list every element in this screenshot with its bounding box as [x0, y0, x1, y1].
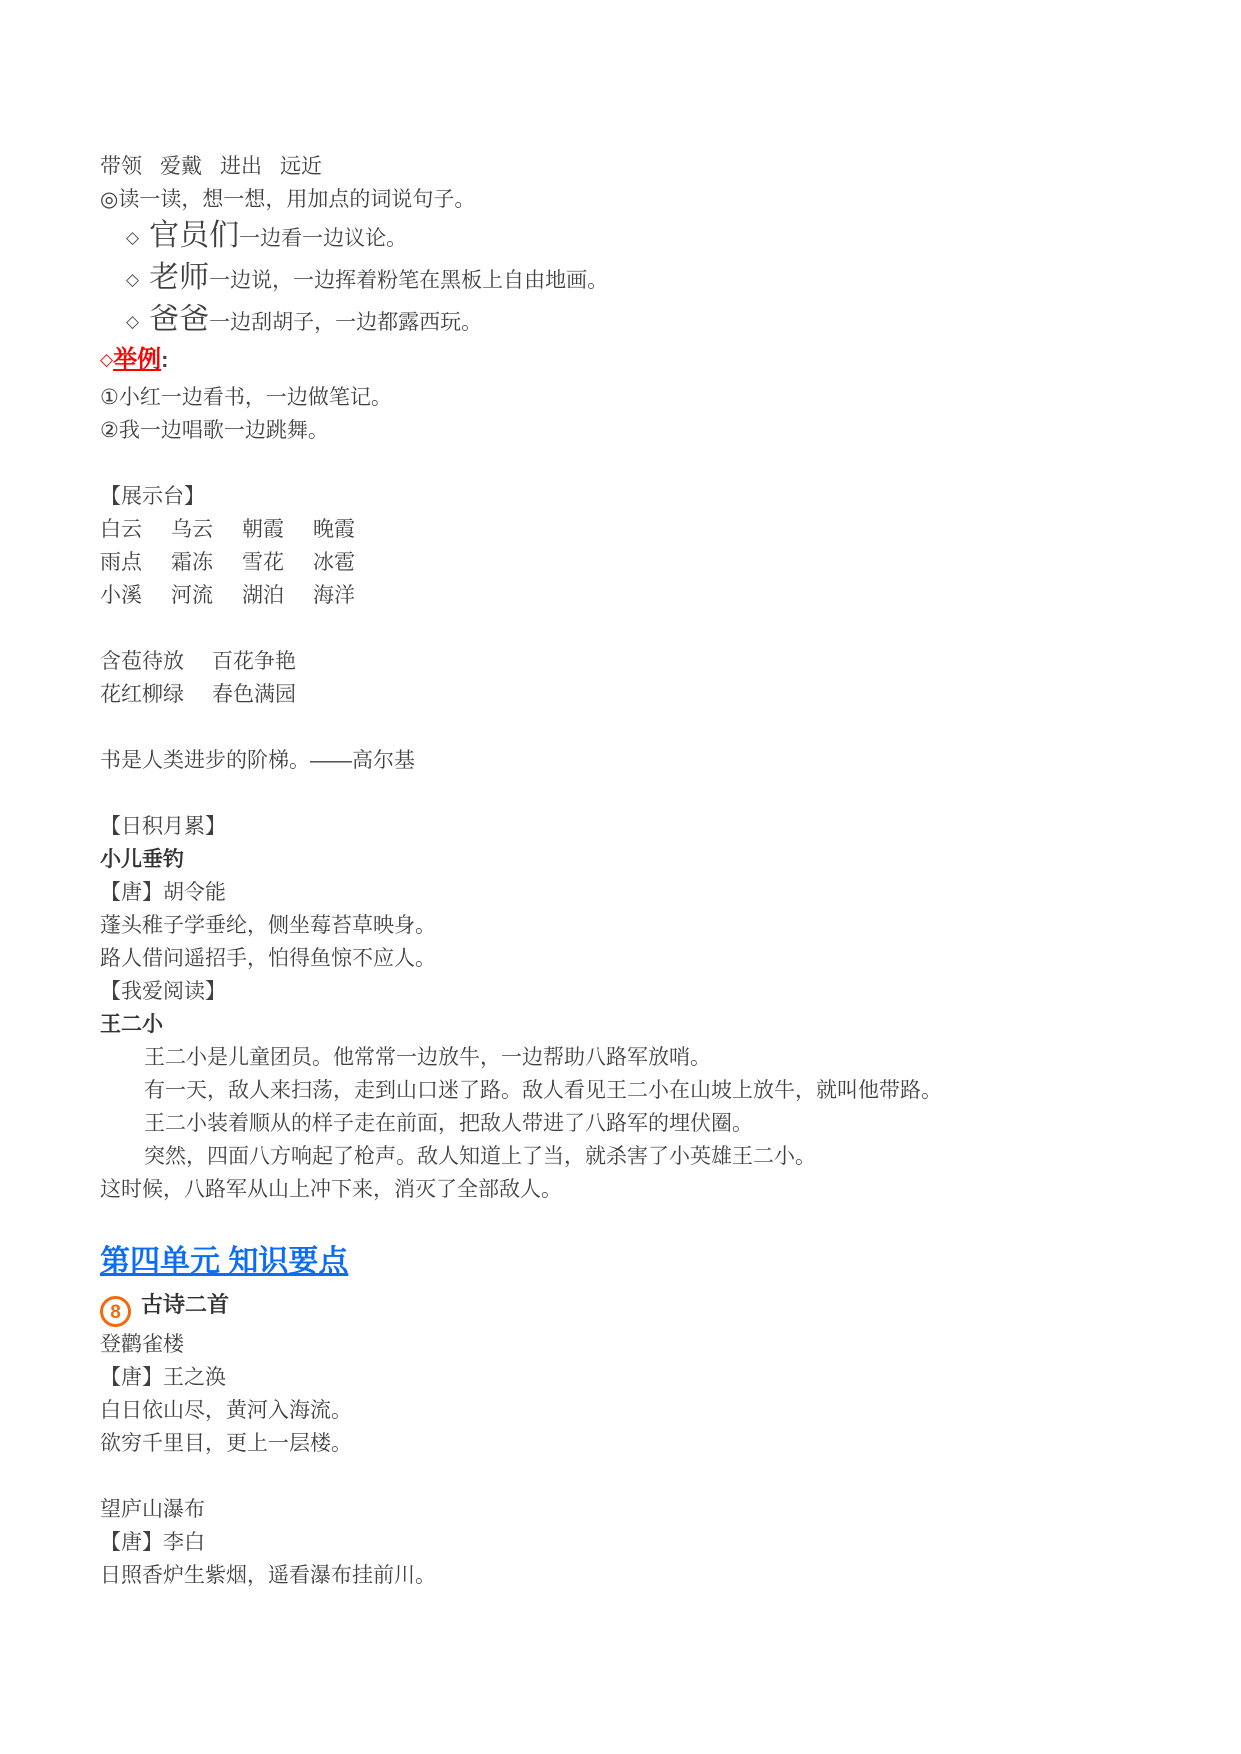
poem-title: 登鹳雀楼	[100, 1328, 1153, 1361]
story-paragraph: 王二小装着顺从的样子走在前面，把敌人带进了八路军的埋伏圈。	[100, 1107, 1153, 1140]
diamond-bullet-icon: ◇	[126, 312, 139, 331]
grid-word: 海洋	[313, 579, 384, 612]
diamond-red-icon: ◇	[100, 350, 113, 369]
idiom: 春色满园	[212, 683, 296, 706]
idiom: 百花争艳	[212, 650, 296, 673]
lesson-heading: 8古诗二首	[100, 1285, 1153, 1328]
poem-title: 小儿垂钓	[100, 843, 1153, 876]
grid-word: 雪花	[242, 546, 313, 579]
word-item: 爱戴	[160, 155, 202, 178]
story-paragraph: 这时候，八路军从山上冲下来，消灭了全部敌人。	[100, 1173, 1153, 1206]
poem-line: 欲穷千里目，更上一层楼。	[100, 1427, 1153, 1460]
idiom: 花红柳绿	[100, 683, 184, 706]
grid-word: 乌云	[171, 513, 242, 546]
grid-word: 朝霞	[242, 513, 313, 546]
poem-line: 蓬头稚子学垂纶，侧坐莓苔草映身。	[100, 909, 1153, 942]
diamond-bullet-icon: ◇	[126, 270, 139, 289]
reading-title: 【我爱阅读】	[100, 975, 1153, 1008]
grid-word: 河流	[171, 579, 242, 612]
phrase-row: 花红柳绿春色满园	[100, 678, 1153, 711]
famous-quote: 书是人类进步的阶梯。——高尔基	[100, 744, 1153, 777]
spacer	[100, 711, 1153, 744]
lesson-title: 古诗二首	[141, 1292, 229, 1317]
circled-number-icon: 8	[100, 1296, 131, 1327]
grid-word: 霜冻	[171, 546, 242, 579]
story-paragraph: 有一天，敌人来扫荡，走到山口迷了路。敌人看见王二小在山坡上放牛，就叫他带路。	[100, 1074, 1153, 1107]
word-grid-row: 雨点霜冻雪花冰雹	[100, 546, 1153, 579]
phrase-row: 含苞待放百花争艳	[100, 645, 1153, 678]
bullet-sentence: ◇老师一边说，一边挥着粉笔在黑板上自由地画。	[100, 258, 1153, 300]
spacer	[100, 1206, 1153, 1239]
spacer	[100, 1460, 1153, 1493]
poem-author: 【唐】李白	[100, 1526, 1153, 1559]
example-label: 举例	[113, 346, 161, 373]
instruction-line: ◎读一读，想一想，用加点的词说句子。	[100, 183, 1153, 216]
grid-word: 晚霞	[313, 513, 384, 546]
example-colon: :	[161, 347, 168, 372]
grid-word: 冰雹	[313, 546, 384, 579]
story-title: 王二小	[100, 1008, 1153, 1041]
example-heading: ◇举例:	[100, 342, 1153, 381]
display-stand-title: 【展示台】	[100, 480, 1153, 513]
document-page: 带领爱戴进出远近 ◎读一读，想一想，用加点的词说句子。 ◇官员们一边看一边议论。…	[0, 0, 1241, 1754]
poem-author: 【唐】胡令能	[100, 876, 1153, 909]
poem-author: 【唐】王之涣	[100, 1361, 1153, 1394]
poem-line: 白日依山尽，黄河入海流。	[100, 1394, 1153, 1427]
bullet-subject: 官员们	[149, 219, 239, 252]
spacer	[100, 612, 1153, 645]
bullet-sentence: ◇官员们一边看一边议论。	[100, 216, 1153, 258]
bullet-rest: 一边看一边议论。	[239, 227, 407, 250]
poem-line: 路人借问遥招手，怕得鱼惊不应人。	[100, 942, 1153, 975]
grid-word: 白云	[100, 513, 171, 546]
word-item: 远近	[280, 155, 322, 178]
grid-word: 雨点	[100, 546, 171, 579]
grid-word: 小溪	[100, 579, 171, 612]
bullet-rest: 一边刮胡子，一边都露西玩。	[209, 311, 482, 334]
bullet-subject: 爸爸	[149, 303, 209, 336]
bullet-rest: 一边说，一边挥着粉笔在黑板上自由地画。	[209, 269, 608, 292]
unit-heading: 第四单元 知识要点	[100, 1239, 1153, 1285]
story-paragraph: 突然，四面八方响起了枪声。敌人知道上了当，就杀害了小英雄王二小。	[100, 1140, 1153, 1173]
accumulation-title: 【日积月累】	[100, 810, 1153, 843]
example-sentence: ②我一边唱歌一边跳舞。	[100, 414, 1153, 447]
idiom: 含苞待放	[100, 650, 184, 673]
example-sentence: ①小红一边看书，一边做笔记。	[100, 381, 1153, 414]
spacer	[100, 777, 1153, 810]
story-paragraph: 王二小是儿童团员。他常常一边放牛，一边帮助八路军放哨。	[100, 1041, 1153, 1074]
poem-title: 望庐山瀑布	[100, 1493, 1153, 1526]
bullet-subject: 老师	[149, 261, 209, 294]
spacer	[100, 447, 1153, 480]
word-grid-row: 白云乌云朝霞晚霞	[100, 513, 1153, 546]
word-item: 进出	[220, 155, 262, 178]
word-grid-row: 小溪河流湖泊海洋	[100, 579, 1153, 612]
diamond-bullet-icon: ◇	[126, 228, 139, 247]
word-item: 带领	[100, 155, 142, 178]
poem-line: 日照香炉生紫烟，遥看瀑布挂前川。	[100, 1559, 1153, 1592]
grid-word: 湖泊	[242, 579, 313, 612]
bullet-sentence: ◇爸爸一边刮胡子，一边都露西玩。	[100, 300, 1153, 342]
word-list-line: 带领爱戴进出远近	[100, 150, 1153, 183]
